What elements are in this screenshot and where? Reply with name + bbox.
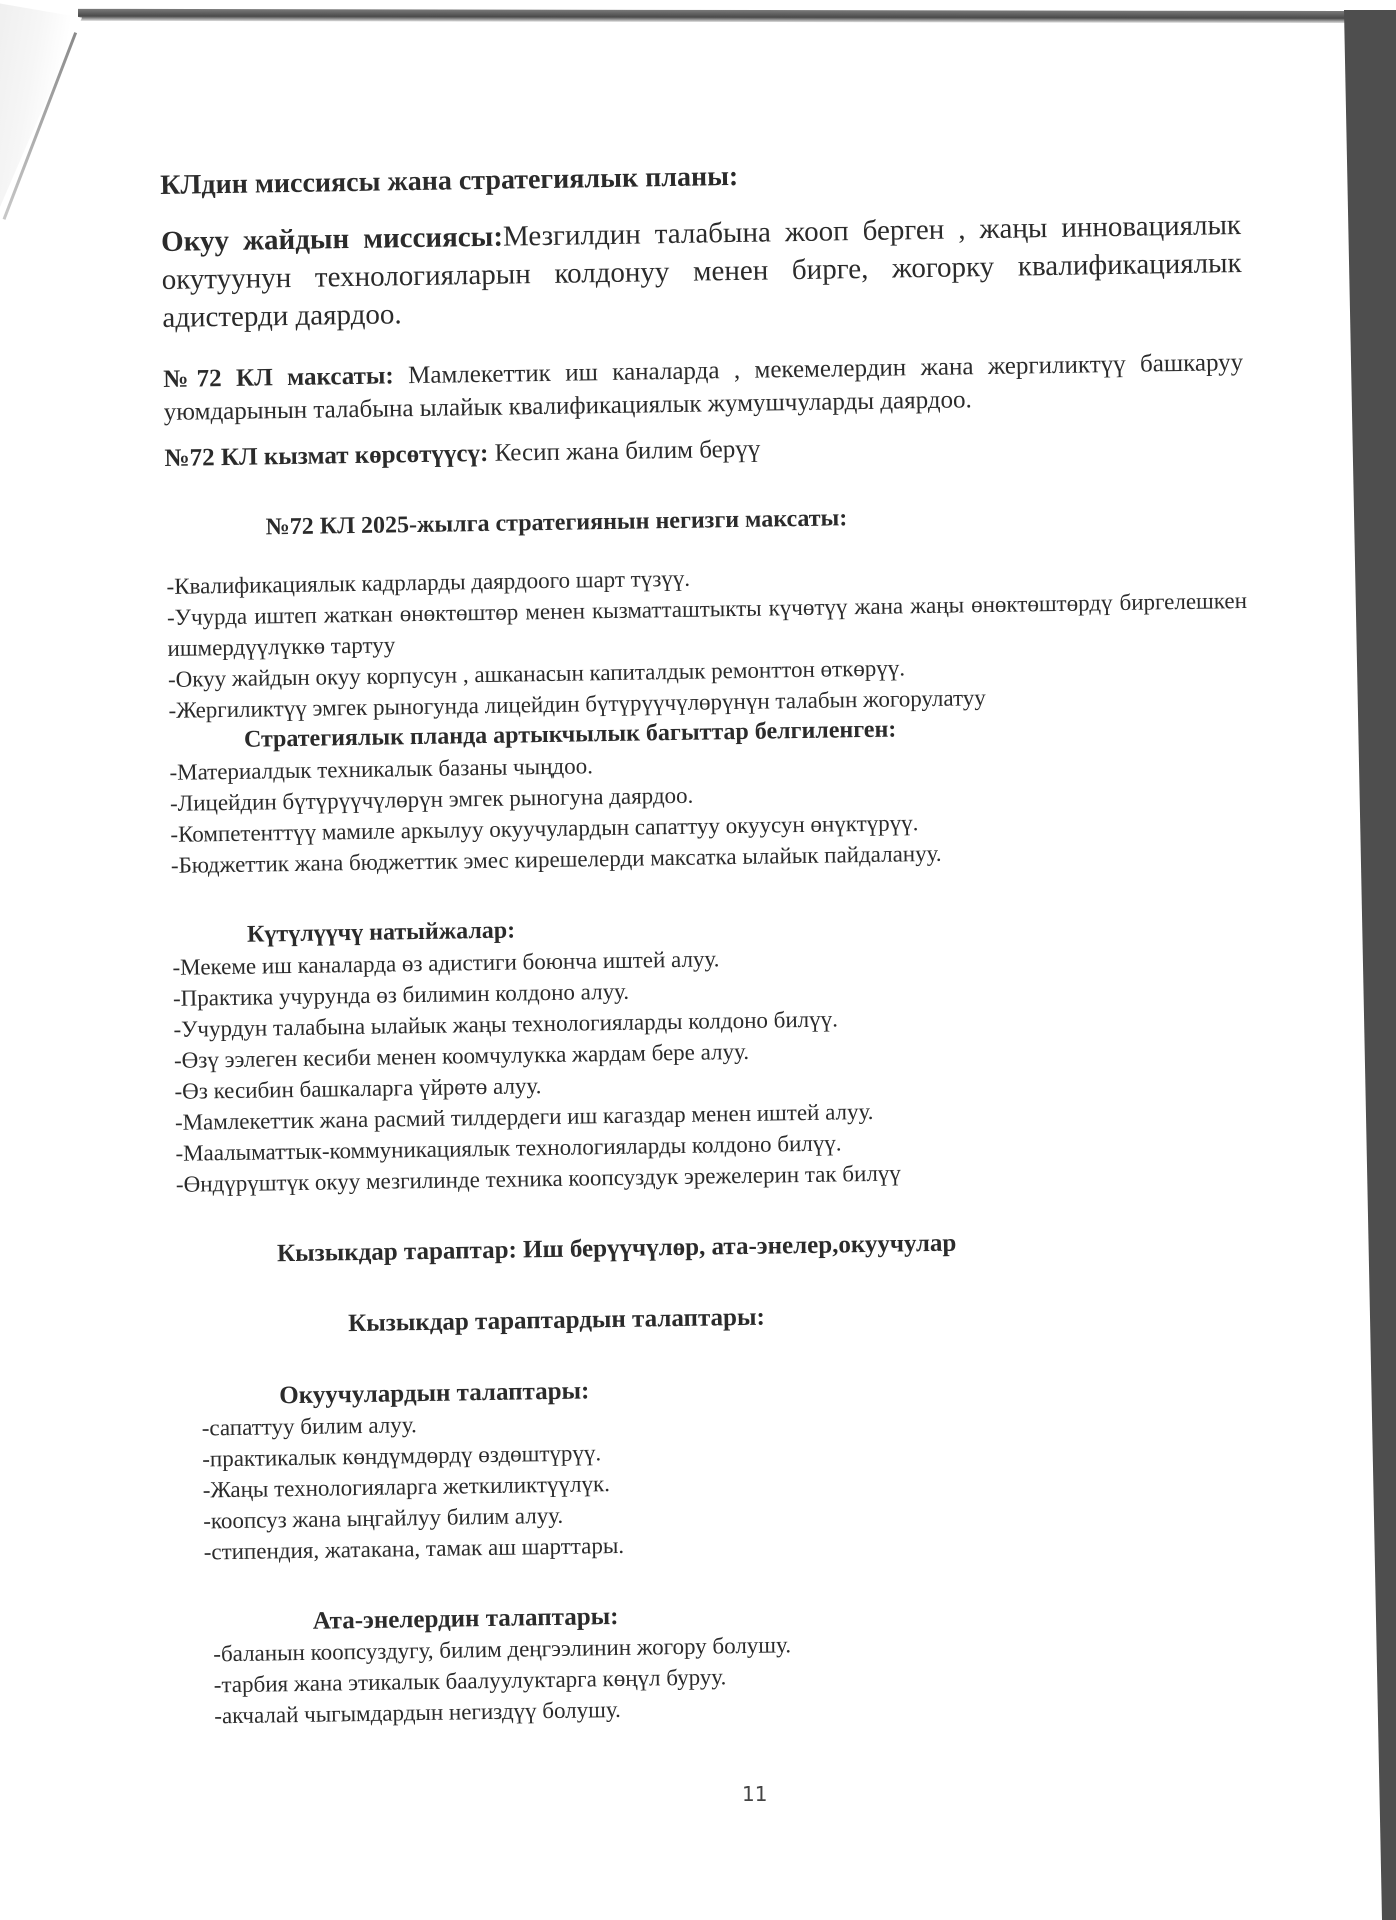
service-label: №72 КЛ кызмат көрсөтүүсү:: [164, 440, 488, 472]
strategy-list: -Квалификациялык кадрларды даярдоого шар…: [166, 554, 1248, 726]
page-number: 11: [742, 1782, 767, 1806]
document-title: КЛдин миссиясы жана стратегиялык планы:: [160, 153, 1240, 201]
parent-requirements-list: -баланын коопсуздугу, билим деңгээлинин …: [183, 1622, 1264, 1732]
service-text: Кесип жана билим берүү: [494, 436, 760, 467]
mission-paragraph: Окуу жайдын миссиясы:Мезгилдин талабына …: [161, 206, 1243, 337]
document-page: КЛдин миссиясы жана стратегиялык планы: …: [160, 153, 1264, 1732]
priorities-list: -Материалдык техникалык базаны чыңдоо. -…: [169, 740, 1251, 881]
mission-label: Окуу жайдын миссиясы:: [161, 221, 503, 258]
scan-edge-right: [1344, 10, 1396, 1920]
scan-edge-top: [78, 9, 1396, 23]
student-requirements-list: -сапаттуу билим алуу. -практикалык көндү…: [180, 1396, 1262, 1568]
expected-results-list: -Мекеме иш каналарда өз адистиги боюнча …: [172, 935, 1256, 1200]
goal-label: №72 КЛ максаты:: [163, 362, 394, 393]
